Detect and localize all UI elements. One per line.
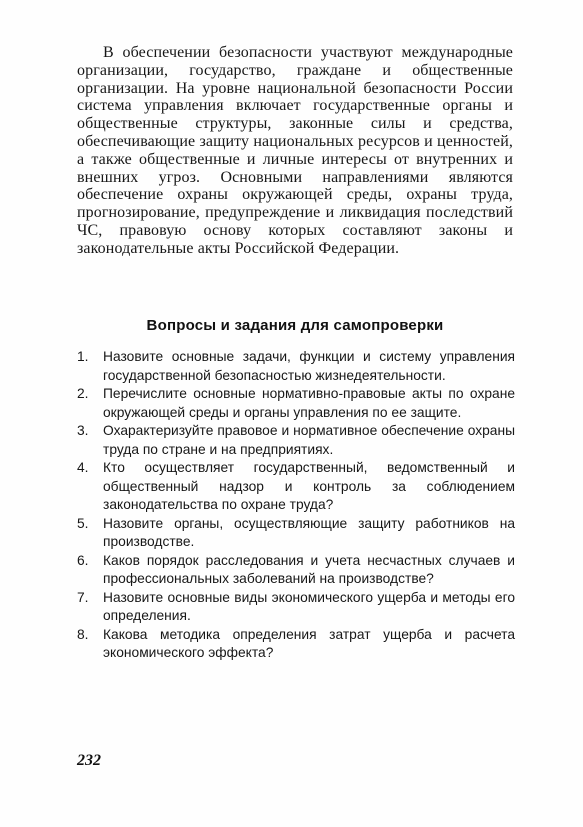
question-text: Назовите основные виды экономического ущ… (103, 589, 515, 626)
page-number: 232 (77, 752, 101, 770)
question-number: 5. (77, 515, 103, 552)
question-number: 4. (77, 459, 103, 515)
question-text: Перечислите основные нормативно-правовые… (103, 385, 515, 422)
question-item: 6. Каков порядок расследования и учета н… (77, 552, 515, 589)
question-text: Какова методика определения затрат ущерб… (103, 626, 515, 663)
question-text: Назовите основные задачи, функции и сист… (103, 348, 515, 385)
question-number: 6. (77, 552, 103, 589)
intro-paragraph: В обеспечении безопасности участвуют меж… (77, 44, 513, 258)
question-number: 2. (77, 385, 103, 422)
question-text: Назовите органы, осуществляющие защиту р… (103, 515, 515, 552)
book-page: В обеспечении безопасности участвуют меж… (0, 0, 583, 827)
question-item: 7. Назовите основные виды экономического… (77, 589, 515, 626)
question-number: 7. (77, 589, 103, 626)
question-number: 3. (77, 422, 103, 459)
questions-list: 1. Назовите основные задачи, функции и с… (77, 348, 515, 663)
question-number: 8. (77, 626, 103, 663)
question-item: 4. Кто осуществляет государственный, вед… (77, 459, 515, 515)
question-item: 8. Какова методика определения затрат ущ… (77, 626, 515, 663)
question-item: 1. Назовите основные задачи, функции и с… (77, 348, 515, 385)
question-item: 5. Назовите органы, осуществляющие защит… (77, 515, 515, 552)
question-text: Охарактеризуйте правовое и нормативное о… (103, 422, 515, 459)
question-text: Кто осуществляет государственный, ведомс… (103, 459, 515, 515)
section-heading: Вопросы и задания для самопроверки (77, 317, 513, 334)
question-item: 2. Перечислите основные нормативно-право… (77, 385, 515, 422)
question-number: 1. (77, 348, 103, 385)
question-item: 3. Охарактеризуйте правовое и нормативно… (77, 422, 515, 459)
question-text: Каков порядок расследования и учета несч… (103, 552, 515, 589)
